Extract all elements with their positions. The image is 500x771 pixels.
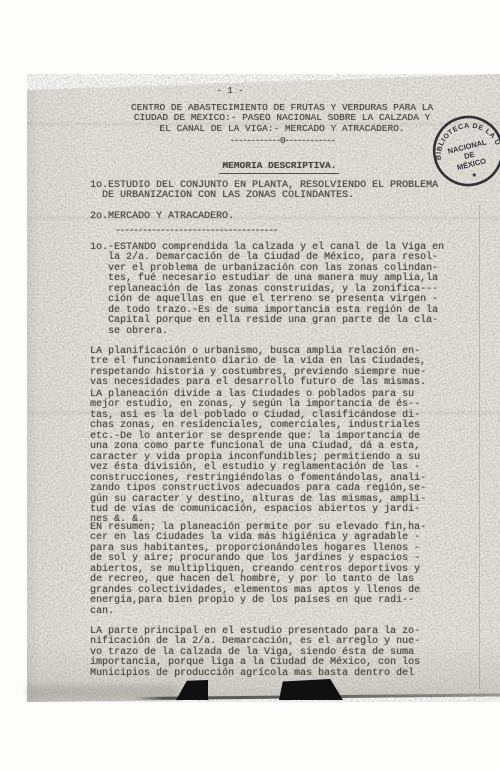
scanned-document-page: - 1 - CENTRO DE ABASTECIMIENTO DE FRUTAS… (0, 0, 500, 771)
paragraph-1: 1o.-ESTANDO comprendida la calzada y el … (90, 243, 444, 337)
page-crease-line (479, 205, 480, 690)
paragraph-2: LA planificación o urbanismo, busca ampl… (90, 347, 426, 389)
stamp-star-icon: ★ (470, 171, 478, 180)
index-separator: ------------------------------------ (115, 227, 277, 237)
stamp-center-line-3: MÉXICO (456, 156, 487, 172)
paragraph-3: LA planeación divide a las Ciudades o po… (90, 390, 426, 526)
page-number: - 1 - (0, 86, 460, 96)
index-item-1: 1o.ESTUDIO DEL CONJUNTO EN PLANTA, RESOL… (90, 181, 438, 202)
paragraph-5: LA parte principal en el estudio present… (90, 627, 420, 679)
index-item-2: 2o.MERCADO Y ATRACADERO. (90, 212, 234, 222)
paragraph-4: EN resumen; la planeación permite por su… (90, 523, 426, 617)
document-title: MEMORIA DESCRIPTIVA. (219, 161, 339, 173)
document-title-wrap: MEMORIA DESCRIPTIVA. (48, 151, 488, 184)
